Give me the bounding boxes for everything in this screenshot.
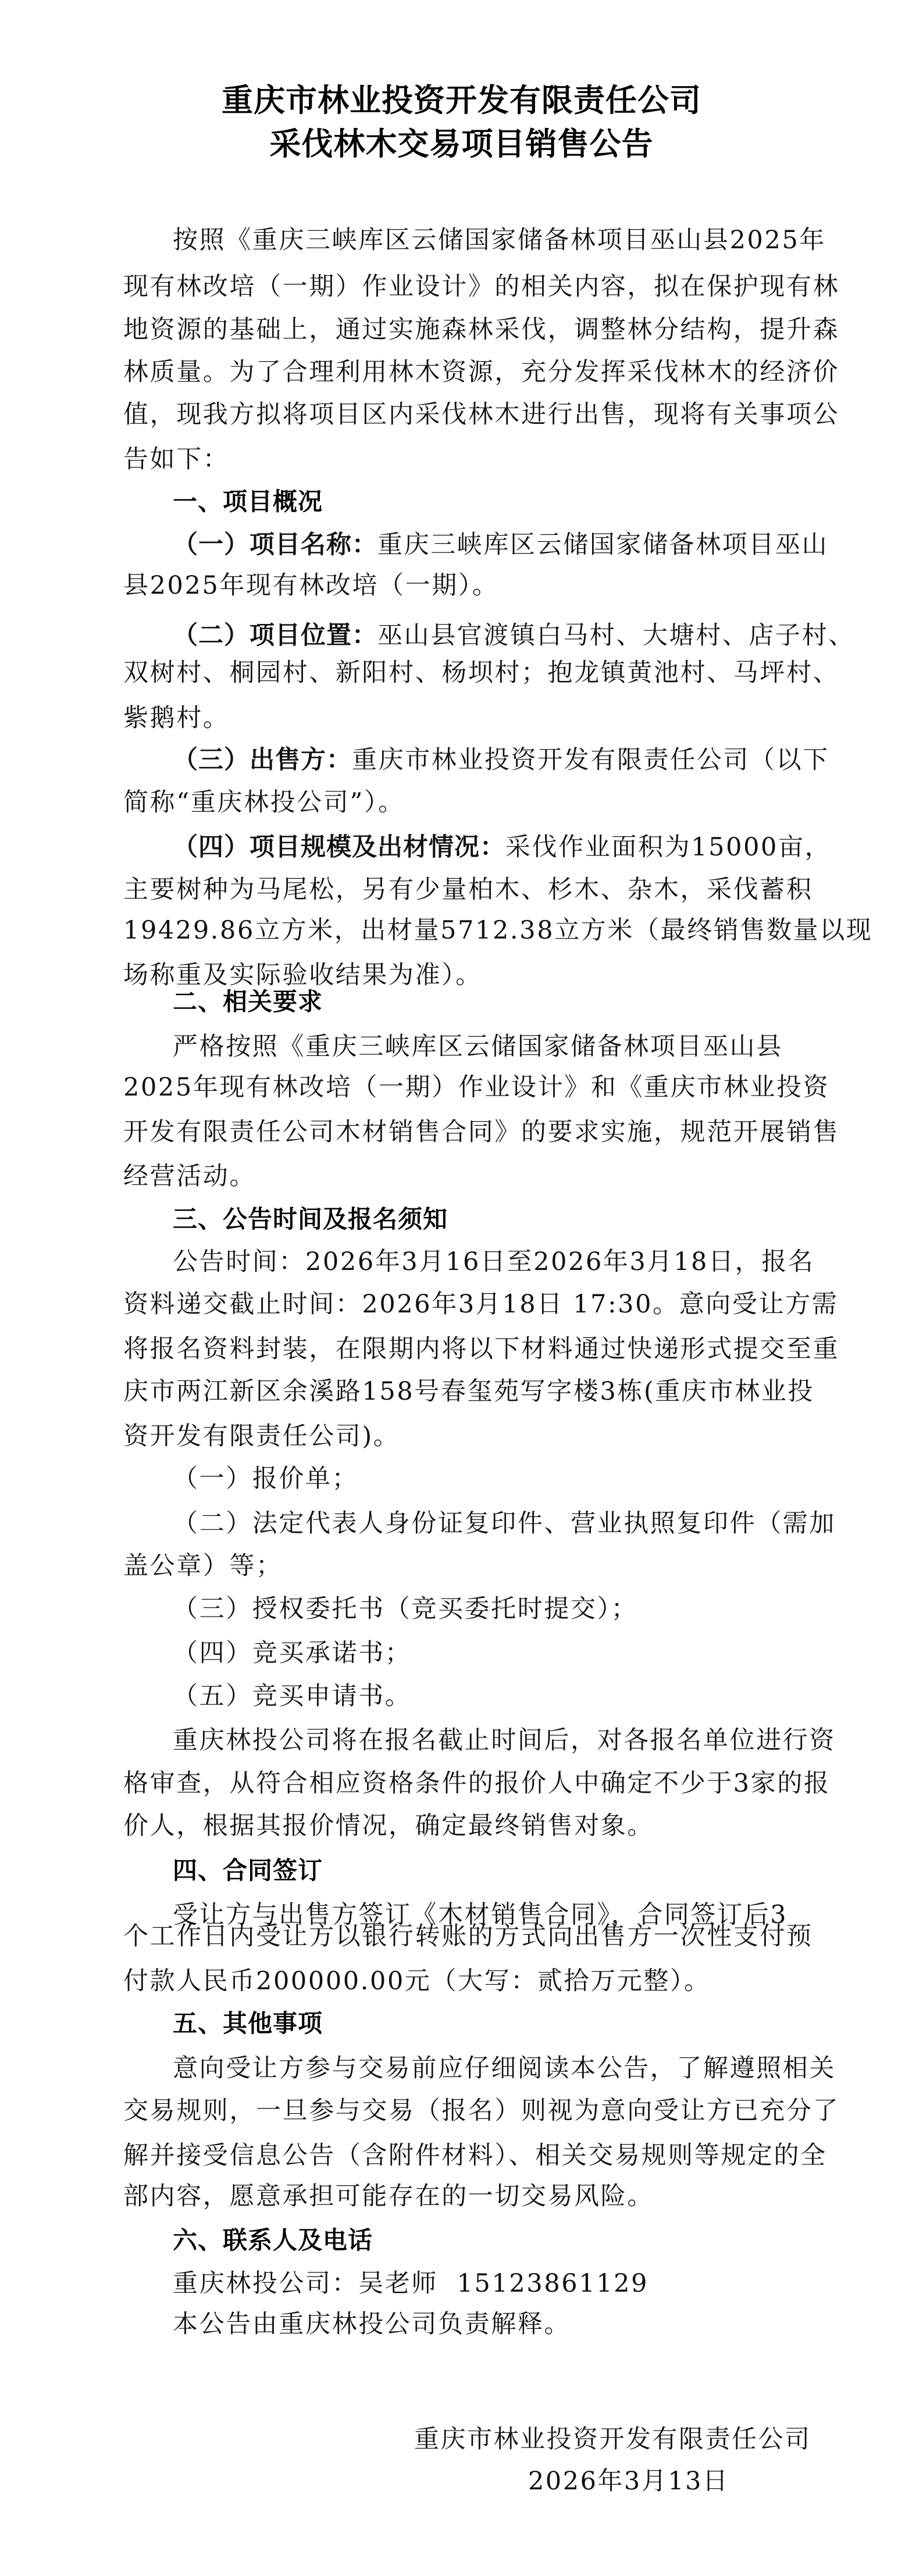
intro-line: 林质量。为了合理利用林木资源，充分发挥采伐林木的经济价	[123, 355, 778, 390]
document-title-line-1: 重庆市林业投资开发有限责任公司	[0, 80, 923, 120]
project-location-line: 紫鹅村。	[123, 701, 778, 736]
other-line: 交易规则，一旦参与交易（报名）则视为意向受让方已充分了	[123, 2093, 778, 2128]
project-scale-label: （四）项目规模及出材情况：	[173, 833, 505, 862]
seller-line: 简称“重庆林投公司”）。	[123, 785, 778, 820]
intro-line: 值，现我方拟将项目区内采伐林木进行出售，现将有关事项公	[123, 397, 778, 432]
registration-line: 公告时间：2026年3月16日至2026年3月18日，报名	[173, 1244, 778, 1279]
section-heading-other: 五、其他事项	[173, 2006, 323, 2041]
project-scale-line: 19429.86立方米，出材量5712.38立方米（最终销售数量以现	[123, 913, 778, 948]
section-heading-overview: 一、项目概况	[173, 484, 323, 519]
other-line: 意向受让方参与交易前应仔细阅读本公告，了解遵照相关	[173, 2051, 778, 2086]
intro-line: 地资源的基础上，通过实施森林采伐，调整林分结构，提升森	[123, 312, 778, 347]
project-location-line: （二）项目位置：巫山县官渡镇白马村、大塘村、店子村、	[173, 618, 778, 653]
signature-date: 2026年3月13日	[528, 2464, 729, 2499]
document-title-line-2: 采伐林木交易项目销售公告	[0, 123, 923, 164]
intro-line: 现有林改培（一期）作业设计》的相关内容，拟在保护现有林	[123, 269, 778, 304]
announcement-page: 重庆市林业投资开发有限责任公司 采伐林木交易项目销售公告 按照《重庆三峡库区云储…	[0, 0, 923, 2576]
interpretation-note: 本公告由重庆林投公司负责解释。	[173, 2307, 571, 2342]
other-line: 部内容，愿意承担可能存在的一切交易风险。	[123, 2179, 778, 2214]
registration-line: 资料递交截止时间：2026年3月18日 17:30。意向受让方需	[123, 1287, 778, 1322]
project-scale-line: 主要树种为马尾松，另有少量柏木、杉木、杂木，采伐蓄积	[123, 872, 778, 907]
project-scale-line: （四）项目规模及出材情况：采伐作业面积为15000亩，	[173, 830, 778, 865]
project-location-line: 双树村、桐园村、新阳村、杨坝村；抱龙镇黄池村、马坪村、	[123, 655, 778, 690]
section-heading-contact: 六、联系人及电话	[173, 2223, 373, 2258]
material-item-id-license-cont: 盖公章）等；	[123, 1549, 778, 1583]
intro-line: 告如下：	[123, 442, 778, 477]
requirements-line: 经营活动。	[123, 1159, 778, 1194]
project-location-label: （二）项目位置：	[173, 621, 377, 650]
signature-company: 重庆市林业投资开发有限责任公司	[414, 2422, 811, 2457]
other-line: 解并接受信息公告（含附件材料）、相关交易规则等规定的全	[123, 2138, 778, 2173]
contract-line: 付款人民币200000.00元（大写：贰拾万元整）。	[123, 1964, 778, 1999]
registration-line: 将报名资料封装，在限期内将以下材料通过快递形式提交至重	[123, 1332, 778, 1367]
seller-value: 重庆市林业投资开发有限责任公司（以下	[352, 745, 829, 775]
section-heading-requirements: 二、相关要求	[173, 984, 323, 1019]
requirements-line: 开发有限责任公司木材销售合同》的要求实施，规范开展销售	[123, 1115, 778, 1150]
project-scale-value: 采伐作业面积为15000亩，	[505, 833, 831, 862]
registration-line: 资开发有限责任公司)。	[123, 1419, 778, 1454]
seller-line: （三）出售方：重庆市林业投资开发有限责任公司（以下	[173, 743, 778, 777]
project-name-line: （一）项目名称：重庆三峡库区云储国家储备林项目巫山	[173, 527, 778, 562]
material-item-commitment: （四）竞买承诺书；	[173, 1636, 411, 1671]
requirements-line: 严格按照《重庆三峡库区云储国家储备林项目巫山县	[173, 1029, 778, 1064]
contact-info: 重庆林投公司：吴老师 15123861129	[173, 2266, 648, 2301]
project-name-value: 重庆三峡库区云储国家储备林项目巫山	[377, 530, 828, 559]
project-name-line: 县2025年现有林改培（一期）。	[123, 568, 778, 603]
material-item-id-license: （二）法定代表人身份证复印件、营业执照复印件（需加	[173, 1506, 778, 1541]
material-item-quote: （一）报价单；	[173, 1461, 358, 1496]
requirements-line: 2025年现有林改培（一期）作业设计》和《重庆市林业投资	[123, 1070, 778, 1105]
section-heading-registration: 三、公告时间及报名须知	[173, 1202, 448, 1237]
contract-line: 个工作日内受让方以银行转账的方式向出售方一次性支付预	[123, 1919, 778, 1954]
project-location-value: 巫山县官渡镇白马村、大塘村、店子村、	[377, 621, 855, 650]
material-item-authorization: （三）授权委托书（竞买委托时提交）；	[173, 1592, 637, 1626]
section-heading-contract: 四、合同签订	[173, 1853, 323, 1888]
project-name-label: （一）项目名称：	[173, 530, 377, 559]
seller-label: （三）出售方：	[173, 745, 352, 775]
review-line: 格审查，从符合相应资格条件的报价人中确定不少于3家的报	[123, 1766, 778, 1801]
review-line: 重庆林投公司将在报名截止时间后，对各报名单位进行资	[173, 1723, 778, 1758]
registration-line: 庆市两江新区余溪路158号春玺苑写字楼3栋(重庆市林业投	[123, 1374, 778, 1409]
intro-line: 按照《重庆三峡库区云储国家储备林项目巫山县2025年	[173, 223, 778, 258]
material-item-application: （五）竞买申请书。	[173, 1679, 411, 1714]
review-line: 价人，根据其报价情况，确定最终销售对象。	[123, 1808, 778, 1843]
